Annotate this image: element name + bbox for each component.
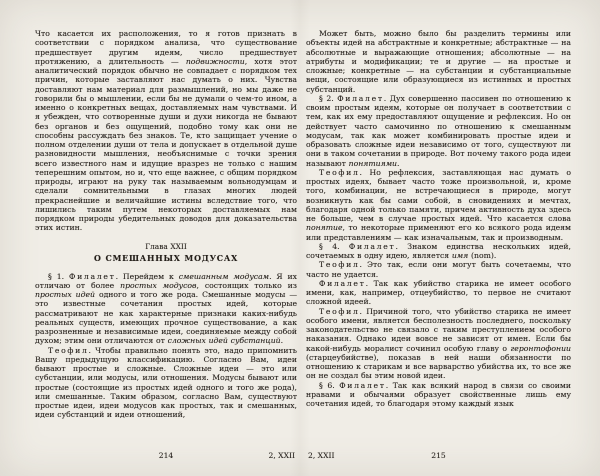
- italic-term: простых идей: [35, 290, 95, 299]
- text-run: Может быть, можно было бы разделить терм…: [306, 29, 571, 94]
- italic-term: смешанным модусам: [179, 272, 269, 281]
- italic-term: простых модусов: [120, 281, 196, 290]
- text-run: . Чтобы правильно понять это, надо припо…: [35, 346, 297, 420]
- paragraph: § 4. Филалет. Знаком единства нескольких…: [306, 242, 571, 261]
- italic-term: сложных идей субстанций: [168, 336, 281, 345]
- speaker-name: Филалет: [319, 279, 366, 288]
- speaker-name: Теофил: [319, 260, 360, 269]
- italic-term: понятие: [306, 223, 343, 232]
- page-number-right: 215: [306, 451, 571, 460]
- speaker-name: Филалет: [339, 381, 386, 390]
- text-run: § 2.: [319, 94, 337, 103]
- text-run: § 6.: [319, 381, 339, 390]
- speaker-name: Теофил: [319, 168, 360, 177]
- text-run: (nom).: [468, 251, 496, 260]
- paragraph: Что касается их расположения, то я готов…: [35, 29, 297, 233]
- italic-term: геронтофонии: [510, 344, 571, 353]
- speaker-name: Филалет: [337, 94, 384, 103]
- speaker-name: Филалет: [69, 272, 116, 281]
- text-run: , состоящих только из: [197, 281, 298, 290]
- page-right-text-column: Может быть, можно было бы разделить терм…: [306, 29, 571, 408]
- paragraph: Теофил. Но рефлексия, заставляющая нас д…: [306, 168, 571, 242]
- text-run: , то некоторые применяют его ко всякого …: [306, 223, 571, 241]
- page-left-text-column: Что касается их расположения, то я готов…: [35, 29, 297, 420]
- chapter-number-heading: Глава XXII: [35, 242, 297, 251]
- signature-mark-left: 2, XXII: [269, 451, 295, 460]
- speaker-name: Теофил: [48, 346, 89, 355]
- paragraph: Теофил. Причиной того, что убийство стар…: [306, 307, 571, 381]
- text-run: § 4.: [319, 242, 349, 251]
- text-run: § 1.: [48, 272, 69, 281]
- page-left-footer: 214 2, XXII: [35, 451, 297, 463]
- paragraph: § 1. Филалет. Перейдем к смешанным модус…: [35, 272, 297, 346]
- italic-term: имя: [452, 251, 468, 260]
- text-run: (старцеубийстве), показав в ней наши обя…: [306, 353, 571, 381]
- italic-term: подвижности: [186, 57, 245, 66]
- text-run: .: [281, 336, 283, 345]
- page-number-left: 214: [35, 451, 297, 460]
- text-run: . Перейдем к: [116, 272, 179, 281]
- paragraph: Теофил. Чтобы правильно понять это, надо…: [35, 346, 297, 420]
- text-run: . Дух совершенно пассивен по отношению к…: [306, 94, 571, 168]
- text-run: , хотя этот аналитический порядок обычно…: [35, 57, 297, 233]
- page-right-footer: 2, XXII 215: [306, 451, 571, 463]
- paragraph: Теофил. Это так, если они могут быть соч…: [306, 260, 571, 279]
- speaker-name: Филалет: [349, 242, 396, 251]
- chapter-title-heading: О СМЕШАННЫХ МОДУСАХ: [35, 254, 297, 264]
- paragraph: Филалет. Так как убийство старика не име…: [306, 279, 571, 307]
- text-run: . Но рефлексия, заставляющая нас думать …: [306, 168, 571, 223]
- paragraph: § 2. Филалет. Дух совершенно пассивен по…: [306, 94, 571, 168]
- italic-term: понятиями: [349, 159, 397, 168]
- paragraph: Может быть, можно было бы разделить терм…: [306, 29, 571, 94]
- speaker-name: Теофил: [319, 307, 360, 316]
- book-spread: Что касается их расположения, то я готов…: [0, 0, 600, 476]
- paragraph: § 6. Филалет. Так как всякий народ в свя…: [306, 381, 571, 409]
- text-run: .: [397, 159, 399, 168]
